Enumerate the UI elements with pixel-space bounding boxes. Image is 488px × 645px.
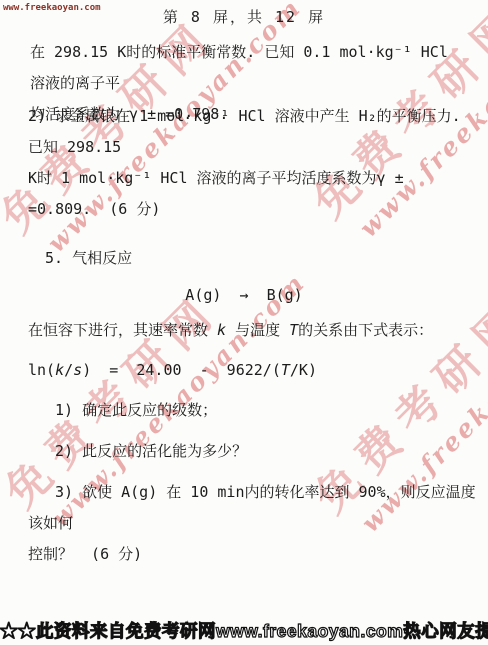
rate-equation-k: k [55,361,64,379]
problem4-paragraph2-line2: K时 1 mol·kg⁻¹ HCl 溶液的离子平均活度系数为γ ± =0.809… [28,169,413,218]
rate-intro-text: 在恒容下进行，其速率常数 [28,321,217,339]
rate-constant-symbol: k [217,321,226,339]
rate-intro-text: 与温度 [226,321,289,339]
problem4-paragraph1-line1: 在 298.15 K时的标准平衡常数. 已知 0.1 mol·kg⁻¹ HCl … [30,43,457,92]
rate-equation-text: ) = 24.00 - 9622/( [82,361,281,379]
reaction-equation: A(g) → B(g) [0,280,488,311]
footer-banner: ★★此资料来自免费考研网www.freekaoyan.com热心网友提供★★ [0,618,488,643]
rate-equation-text: /K) [290,361,317,379]
question-1: 1) 确定此反应的级数； [55,395,217,426]
content-layer: www.freekaoyan.com 第 8 屏，共 12 屏 在 298.15… [0,0,488,645]
question-2: 2) 此反应的活化能为多少？ [55,436,247,467]
rate-equation-T: T [281,361,290,379]
problem4-paragraph2-line1: 2) 求金属银在 1 mol·kg⁻¹ HCl 溶液中产生 H₂的平衡压力. 已… [28,107,479,156]
rate-constant-intro: 在恒容下进行，其速率常数 k 与温度 T的关系由下式表示： [28,315,478,346]
question-3: 3) 欲使 A(g) 在 10 min内的转化率达到 90%，则反应温度该如何控… [28,477,478,570]
rate-equation: ln(k/s) = 24.00 - 9622/(T/K) [28,355,317,386]
problem5-heading: 5. 气相反应 [45,243,132,274]
rate-equation-text: ln( [28,361,55,379]
question-3-line2: 控制？ (6 分) [28,545,142,563]
rate-equation-s: s [73,361,82,379]
rate-equation-text: / [64,361,73,379]
temperature-symbol: T [289,321,298,339]
page-indicator: 第 8 屏，共 12 屏 [0,6,488,27]
problem4-paragraph2: 2) 求金属银在 1 mol·kg⁻¹ HCl 溶液中产生 H₂的平衡压力. 已… [28,101,473,225]
rate-intro-text: 的关系由下式表示： [298,321,433,339]
document-page: 免费考研网 www.freekaoyan.com 免费考研网 www.freek… [0,0,488,645]
question-3-line1: 3) 欲使 A(g) 在 10 min内的转化率达到 90%，则反应温度该如何 [28,483,476,532]
